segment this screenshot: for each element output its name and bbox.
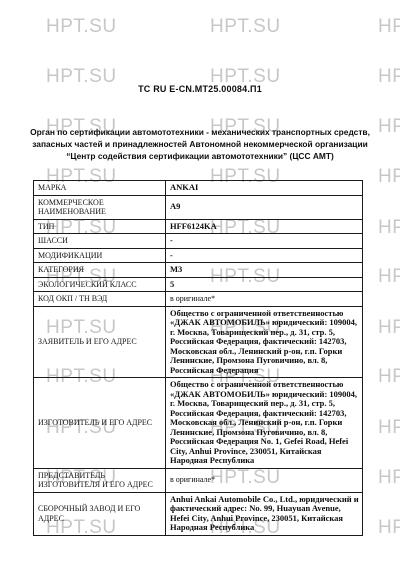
row-label: КОД ОКП / ТН ВЭД — [34, 292, 166, 307]
row-label: СБОРОЧНЫЙ ЗАВОД И ЕГО АДРЕС — [34, 492, 166, 535]
row-label: МАРКА — [34, 181, 166, 196]
row-value: M3 — [166, 263, 363, 278]
certification-body-statement: Орган по сертификации автомототехники - … — [28, 126, 372, 162]
table-row: МОДИФИКАЦИИ- — [34, 248, 363, 263]
row-value: в оригинале* — [166, 292, 363, 307]
row-value: Anhui Ankai Automobile Co., Ltd., юридич… — [166, 492, 363, 535]
row-label: ШАССИ — [34, 234, 166, 249]
certificate-table: МАРКАANKAIКОММЕРЧЕСКОЕ НАИМЕНОВАНИЕA9ТИП… — [33, 180, 363, 536]
cert-table-body: МАРКАANKAIКОММЕРЧЕСКОЕ НАИМЕНОВАНИЕA9ТИП… — [34, 181, 363, 536]
table-row: СБОРОЧНЫЙ ЗАВОД И ЕГО АДРЕСAnhui Ankai A… — [34, 492, 363, 535]
table-row: ЭКОЛОГИЧЕСКИЙ КЛАСС5 — [34, 277, 363, 292]
row-label: ПРЕДСТАВИТЕЛЬ ИЗГОТОВИТЕЛЯ И ЕГО АДРЕС — [34, 468, 166, 492]
document-page: HPT.SUHPT.SUHPT.SUHPT.SUHPT.SUHPT.SUHPT.… — [0, 0, 400, 565]
approval-number: ТС RU E-CN.МТ25.00084.П1 — [0, 84, 400, 94]
row-label: ЭКОЛОГИЧЕСКИЙ КЛАСС — [34, 277, 166, 292]
row-label: ИЗГОТОВИТЕЛЬ И ЕГО АДРЕС — [34, 378, 166, 469]
row-label: КОММЕРЧЕСКОЕ НАИМЕНОВАНИЕ — [34, 195, 166, 219]
row-value: в оригинале* — [166, 468, 363, 492]
table-row: ШАССИ- — [34, 234, 363, 249]
table-row: КОД ОКП / ТН ВЭДв оригинале* — [34, 292, 363, 307]
row-label: ТИП — [34, 219, 166, 234]
table-row: КАТЕГОРИЯM3 — [34, 263, 363, 278]
row-value: - — [166, 248, 363, 263]
row-label: МОДИФИКАЦИИ — [34, 248, 166, 263]
table-row: КОММЕРЧЕСКОЕ НАИМЕНОВАНИЕA9 — [34, 195, 363, 219]
table-row: МАРКАANKAI — [34, 181, 363, 196]
row-value: Общество с ограниченной ответственностью… — [166, 306, 363, 378]
table-row: ПРЕДСТАВИТЕЛЬ ИЗГОТОВИТЕЛЯ И ЕГО АДРЕСв … — [34, 468, 363, 492]
row-label: ЗАЯВИТЕЛЬ И ЕГО АДРЕС — [34, 306, 166, 378]
row-value: A9 — [166, 195, 363, 219]
certificate-content: ТС RU E-CN.МТ25.00084.П1 Орган по сертиф… — [0, 0, 400, 565]
table-row: ЗАЯВИТЕЛЬ И ЕГО АДРЕСОбщество с ограниче… — [34, 306, 363, 378]
row-value: Общество с ограниченной ответственностью… — [166, 378, 363, 469]
table-row: ИЗГОТОВИТЕЛЬ И ЕГО АДРЕСОбщество с огран… — [34, 378, 363, 469]
row-value: ANKAI — [166, 181, 363, 196]
row-value: 5 — [166, 277, 363, 292]
table-row: ТИПHFF6124KA — [34, 219, 363, 234]
row-value: HFF6124KA — [166, 219, 363, 234]
row-value: - — [166, 234, 363, 249]
row-label: КАТЕГОРИЯ — [34, 263, 166, 278]
